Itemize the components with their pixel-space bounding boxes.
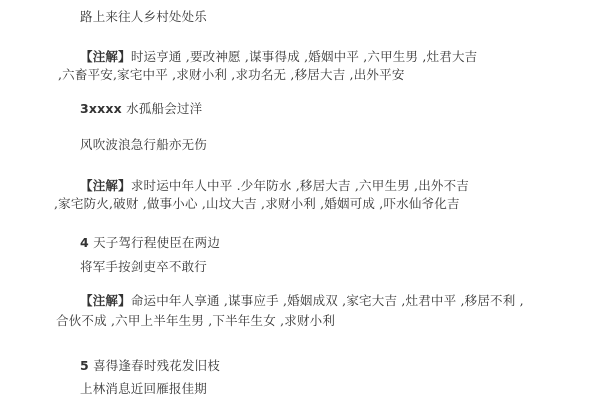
line-text: 喜得逢春时残花发旧枝	[89, 358, 220, 373]
line-text: ,六畜平安,家宅中平 ,求财小利 ,求功名无 ,移居大吉 ,出外平安	[58, 67, 405, 82]
line-text: 路上来往人乡村处处乐	[80, 9, 207, 24]
line-text: 水孤船会过洋	[122, 101, 202, 116]
line-text: 将军手按剑吏卒不敢行	[80, 259, 207, 274]
section-heading-3: 3xxxx 水孤船会过洋	[80, 101, 202, 117]
section-number: 3xxxx	[80, 101, 122, 116]
annotation-line: 【注解】时运亨通 ,要改神愿 ,谋事得成 ,婚姻中平 ,六甲生男 ,灶君大吉	[80, 49, 477, 65]
poem-line: 路上来往人乡村处处乐	[80, 9, 207, 25]
line-text: 合伙不成 ,六甲上半年生男 ,下半年生女 ,求财小利	[56, 313, 335, 328]
annotation-continuation: ,家宅防火,破财 ,做事小心 ,山坟大吉 ,求财小利 ,婚姻可成 ,吓水仙爷化吉	[54, 196, 460, 212]
line-text: 求时运中年人中平 .少年防水 ,移居大吉 ,六甲生男 ,出外不吉	[131, 178, 469, 193]
annotation-label: 【注解】	[80, 293, 131, 308]
annotation-label: 【注解】	[80, 178, 131, 193]
poem-line: 将军手按剑吏卒不敢行	[80, 259, 207, 275]
poem-line: 上林消息近回雁报佳期	[80, 381, 207, 397]
line-text: 时运亨通 ,要改神愿 ,谋事得成 ,婚姻中平 ,六甲生男 ,灶君大吉	[131, 49, 478, 64]
annotation-continuation: 合伙不成 ,六甲上半年生男 ,下半年生女 ,求财小利	[56, 313, 335, 329]
line-text: 天子驾行程使臣在两边	[89, 235, 220, 250]
poem-line: 风吹波浪急行船亦无伤	[80, 137, 207, 153]
line-text: 风吹波浪急行船亦无伤	[80, 137, 207, 152]
section-number: 5	[80, 358, 89, 373]
section-number: 4	[80, 235, 89, 250]
annotation-continuation: ,六畜平安,家宅中平 ,求财小利 ,求功名无 ,移居大吉 ,出外平安	[58, 67, 405, 83]
annotation-line: 【注解】求时运中年人中平 .少年防水 ,移居大吉 ,六甲生男 ,出外不吉	[80, 178, 469, 194]
line-text: ,家宅防火,破财 ,做事小心 ,山坟大吉 ,求财小利 ,婚姻可成 ,吓水仙爷化吉	[54, 196, 460, 211]
annotation-label: 【注解】	[80, 49, 131, 64]
annotation-line: 【注解】命运中年人享通 ,谋事应手 ,婚姻成双 ,家宅大吉 ,灶君中平 ,移居不…	[80, 293, 524, 309]
section-heading-4: 4 天子驾行程使臣在两边	[80, 235, 220, 251]
line-text: 上林消息近回雁报佳期	[80, 381, 207, 396]
section-heading-5: 5 喜得逢春时残花发旧枝	[80, 358, 220, 374]
line-text: 命运中年人享通 ,谋事应手 ,婚姻成双 ,家宅大吉 ,灶君中平 ,移居不利 ,	[131, 293, 524, 308]
